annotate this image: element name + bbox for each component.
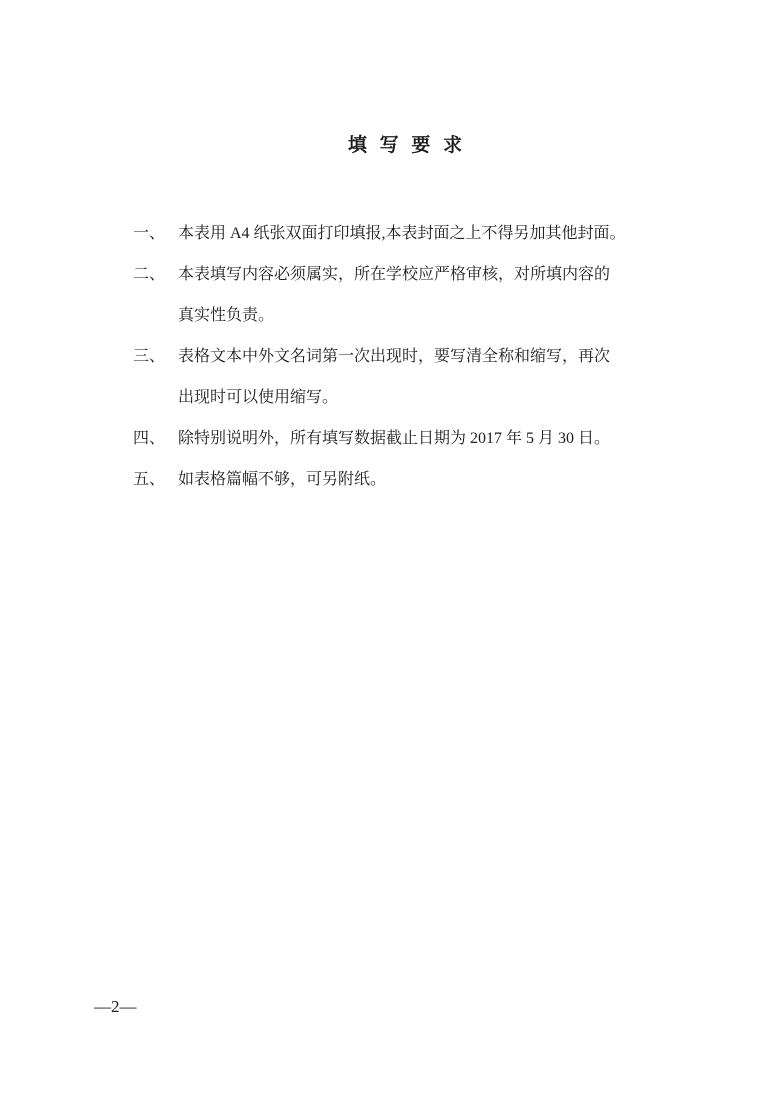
item-number: 四、 bbox=[133, 418, 178, 459]
item-text: 除特别说明外，所有填写数据截止日期为 2017 年 5 月 30 日。 bbox=[178, 418, 605, 459]
item-text-line: 表格文本中外文名词第一次出现时，要写清全称和缩写，再次 bbox=[178, 336, 605, 377]
list-item: 三、 表格文本中外文名词第一次出现时，要写清全称和缩写，再次 出现时可以使用缩写… bbox=[133, 336, 605, 418]
item-text: 本表填写内容必须属实，所在学校应严格审核，对所填内容的 真实性负责。 bbox=[178, 254, 605, 336]
list-item: 四、 除特别说明外，所有填写数据截止日期为 2017 年 5 月 30 日。 bbox=[133, 418, 605, 459]
page-title: 填 写 要 求 bbox=[36, 130, 778, 157]
item-text-line: 本表填写内容必须属实，所在学校应严格审核，对所填内容的 bbox=[178, 254, 605, 295]
list-item: 二、 本表填写内容必须属实，所在学校应严格审核，对所填内容的 真实性负责。 bbox=[133, 254, 605, 336]
item-text: 表格文本中外文名词第一次出现时，要写清全称和缩写，再次 出现时可以使用缩写。 bbox=[178, 336, 605, 418]
item-text: 如表格篇幅不够，可另附纸。 bbox=[178, 459, 605, 500]
item-text-line: 除特别说明外，所有填写数据截止日期为 2017 年 5 月 30 日。 bbox=[178, 418, 605, 459]
list-item: 五、 如表格篇幅不够，可另附纸。 bbox=[133, 459, 605, 500]
item-number: 一、 bbox=[133, 213, 178, 254]
requirements-list: 一、 本表用 A4 纸张双面打印填报,本表封面之上不得另加其他封面。 二、 本表… bbox=[133, 213, 605, 500]
item-text-line: 本表用 A4 纸张双面打印填报,本表封面之上不得另加其他封面。 bbox=[178, 213, 605, 254]
document-page: 填 写 要 求 一、 本表用 A4 纸张双面打印填报,本表封面之上不得另加其他封… bbox=[0, 0, 778, 1100]
item-number: 五、 bbox=[133, 459, 178, 500]
item-number: 三、 bbox=[133, 336, 178, 377]
item-number: 二、 bbox=[133, 254, 178, 295]
item-text-line: 如表格篇幅不够，可另附纸。 bbox=[178, 459, 605, 500]
item-text: 本表用 A4 纸张双面打印填报,本表封面之上不得另加其他封面。 bbox=[178, 213, 605, 254]
item-text-line: 出现时可以使用缩写。 bbox=[178, 377, 605, 418]
item-text-line: 真实性负责。 bbox=[178, 295, 605, 336]
page-number: —2— bbox=[94, 997, 137, 1017]
list-item: 一、 本表用 A4 纸张双面打印填报,本表封面之上不得另加其他封面。 bbox=[133, 213, 605, 254]
